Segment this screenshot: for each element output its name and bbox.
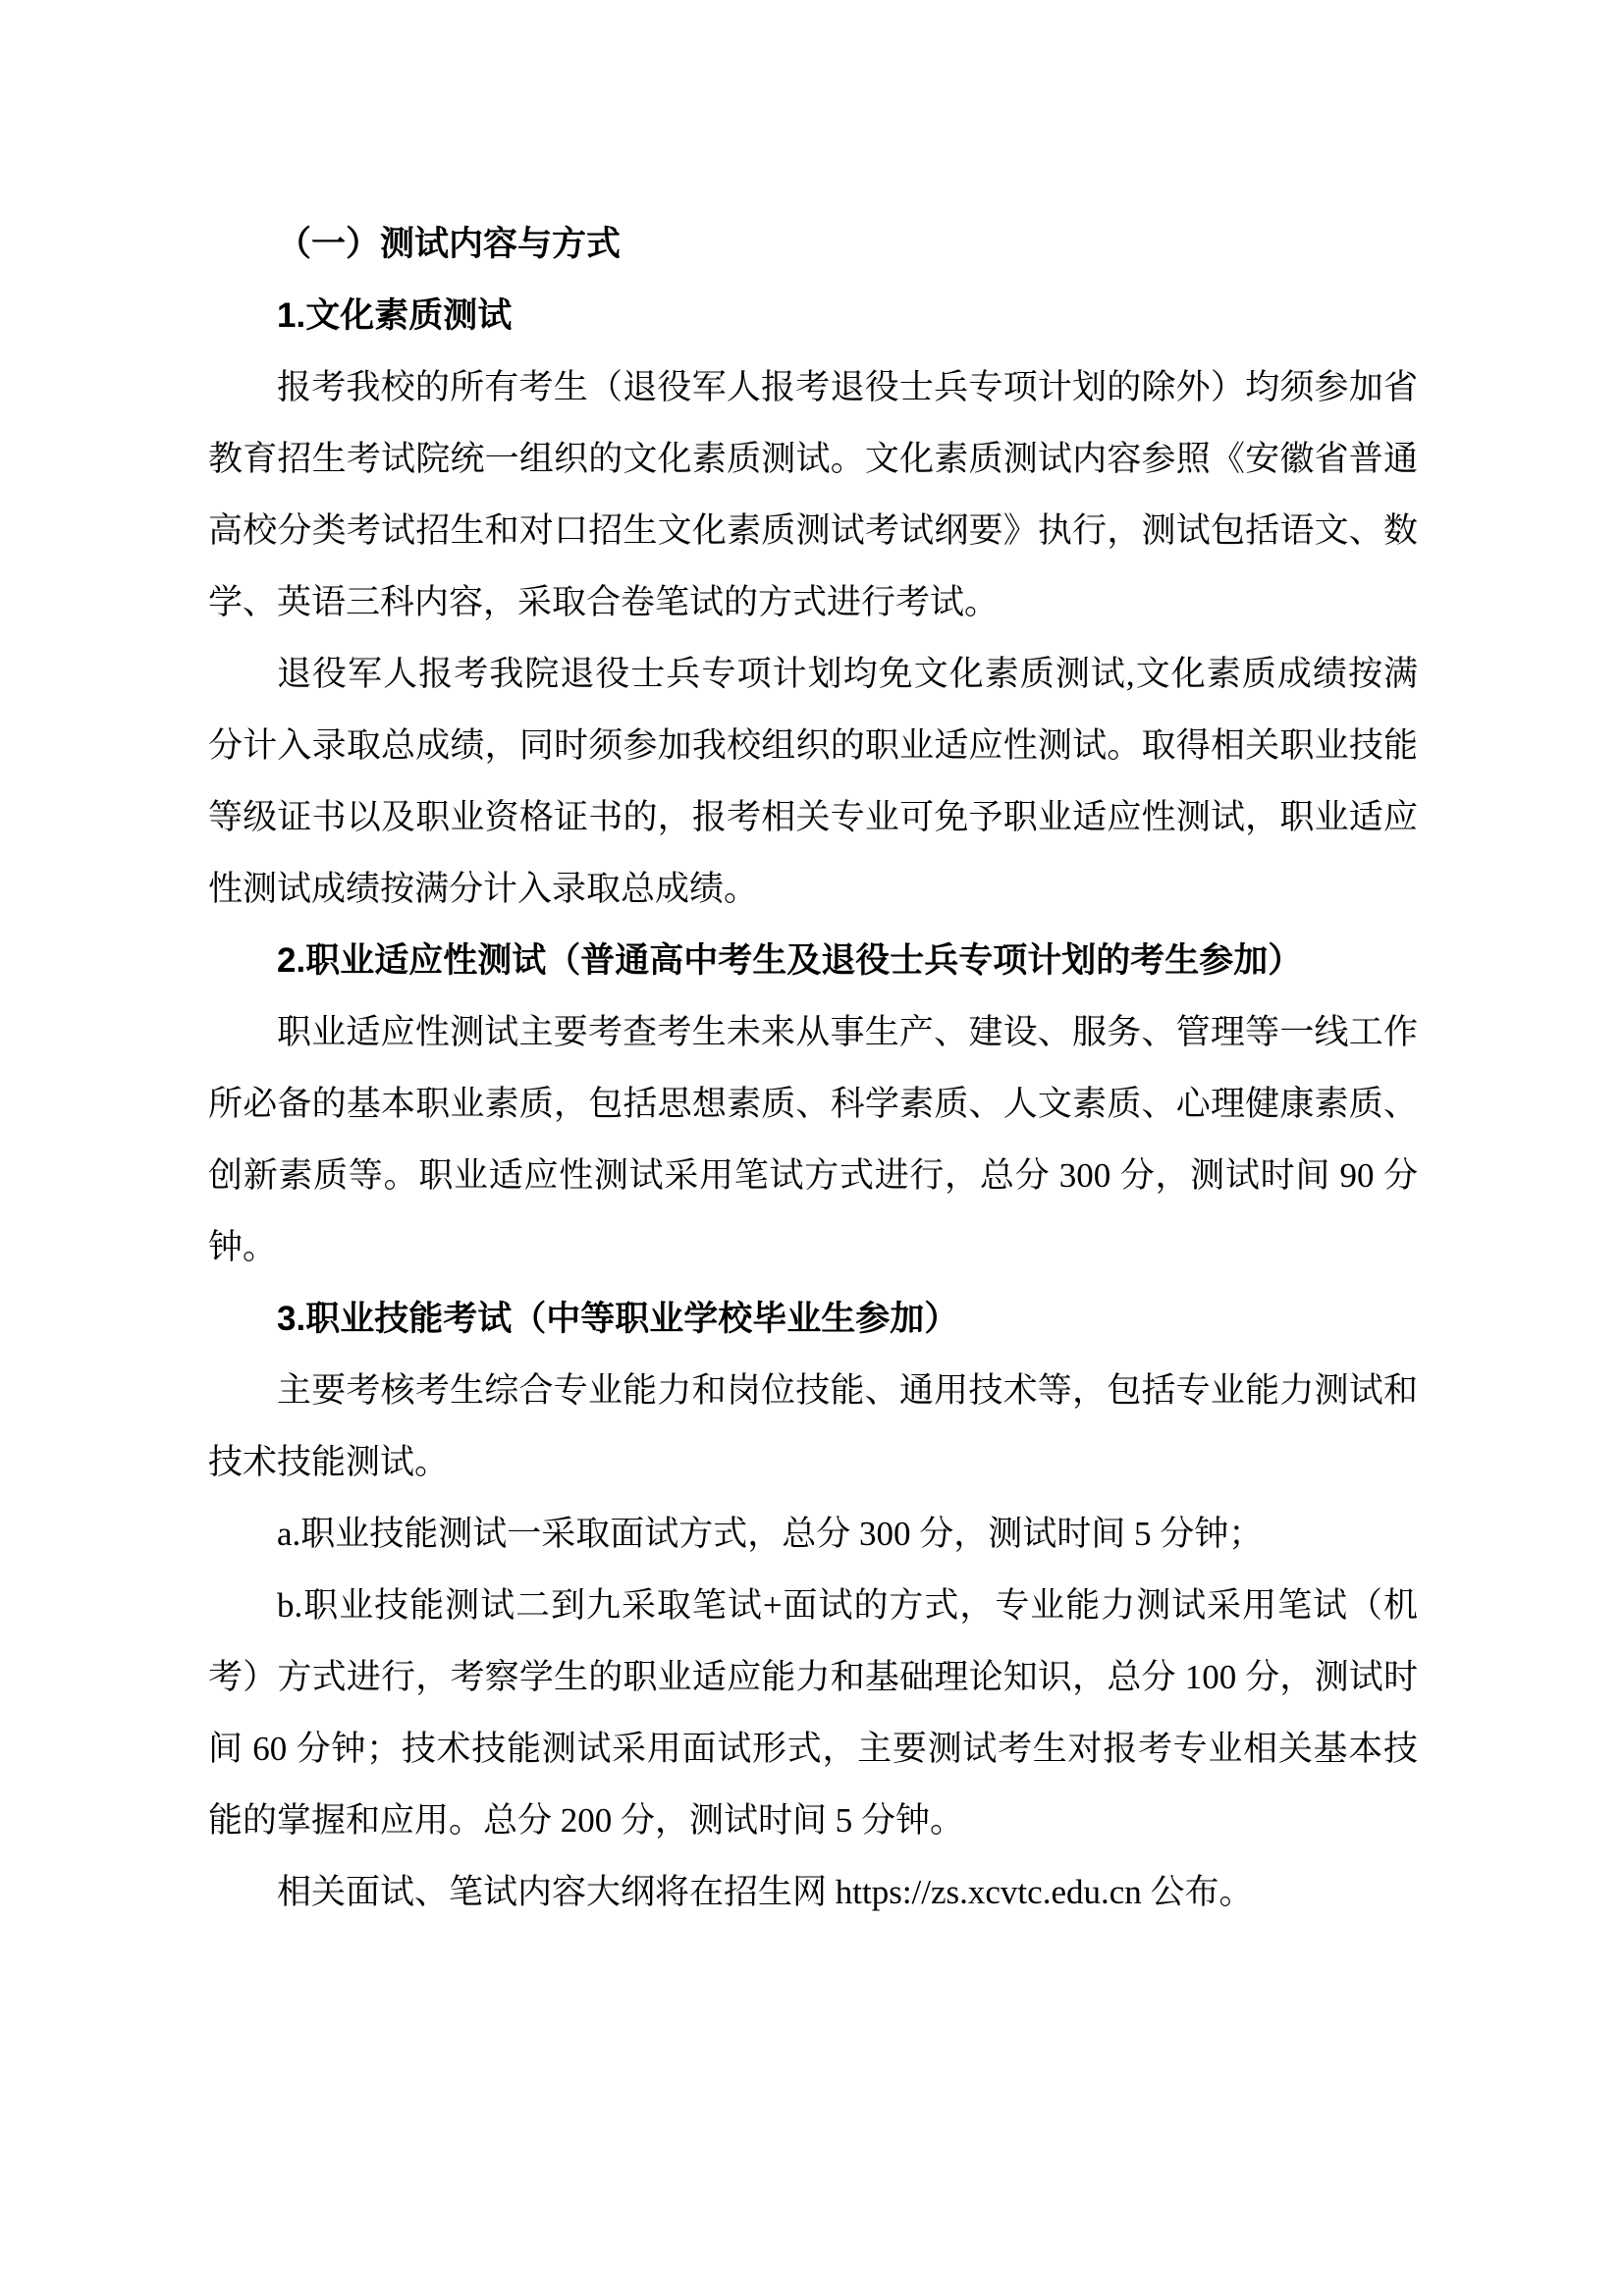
document-page: （一）测试内容与方式 1.文化素质测试 报考我校的所有考生（退役军人报考退役士兵… [0,0,1624,2296]
paragraph-veteran-exemption: 退役军人报考我院退役士兵专项计划均免文化素质测试,文化素质成绩按满分计入录取总成… [208,638,1418,925]
paragraph-skill-test-item-a: a.职业技能测试一采取面试方式，总分 300 分，测试时间 5 分钟； [208,1498,1418,1570]
paragraph-aptitude-test-description: 职业适应性测试主要考查考生未来从事生产、建设、服务、管理等一线工作所必备的基本职… [208,996,1418,1283]
paragraph-culture-test-requirement: 报考我校的所有考生（退役军人报考退役士兵专项计划的除外）均须参加省教育招生考试院… [208,351,1418,638]
subsection-heading-culture-quality-test: 1.文化素质测试 [208,280,1418,351]
paragraph-skill-test-item-b: b.职业技能测试二到九采取笔试+面试的方式，专业能力测试采用笔试（机考）方式进行… [208,1570,1418,1856]
subsection-heading-vocational-aptitude-test: 2.职业适应性测试（普通高中考生及退役士兵专项计划的考生参加） [208,925,1418,996]
paragraph-skill-exam-overview: 主要考核考生综合专业能力和岗位技能、通用技术等，包括专业能力测试和技术技能测试。 [208,1355,1418,1498]
document-content: （一）测试内容与方式 1.文化素质测试 报考我校的所有考生（退役军人报考退役士兵… [208,208,1418,1928]
section-heading-test-content-and-method: （一）测试内容与方式 [208,208,1418,280]
paragraph-outline-publish-notice: 相关面试、笔试内容大纲将在招生网 https://zs.xcvtc.edu.cn… [208,1856,1418,1928]
subsection-heading-vocational-skill-exam: 3.职业技能考试（中等职业学校毕业生参加） [208,1283,1418,1355]
